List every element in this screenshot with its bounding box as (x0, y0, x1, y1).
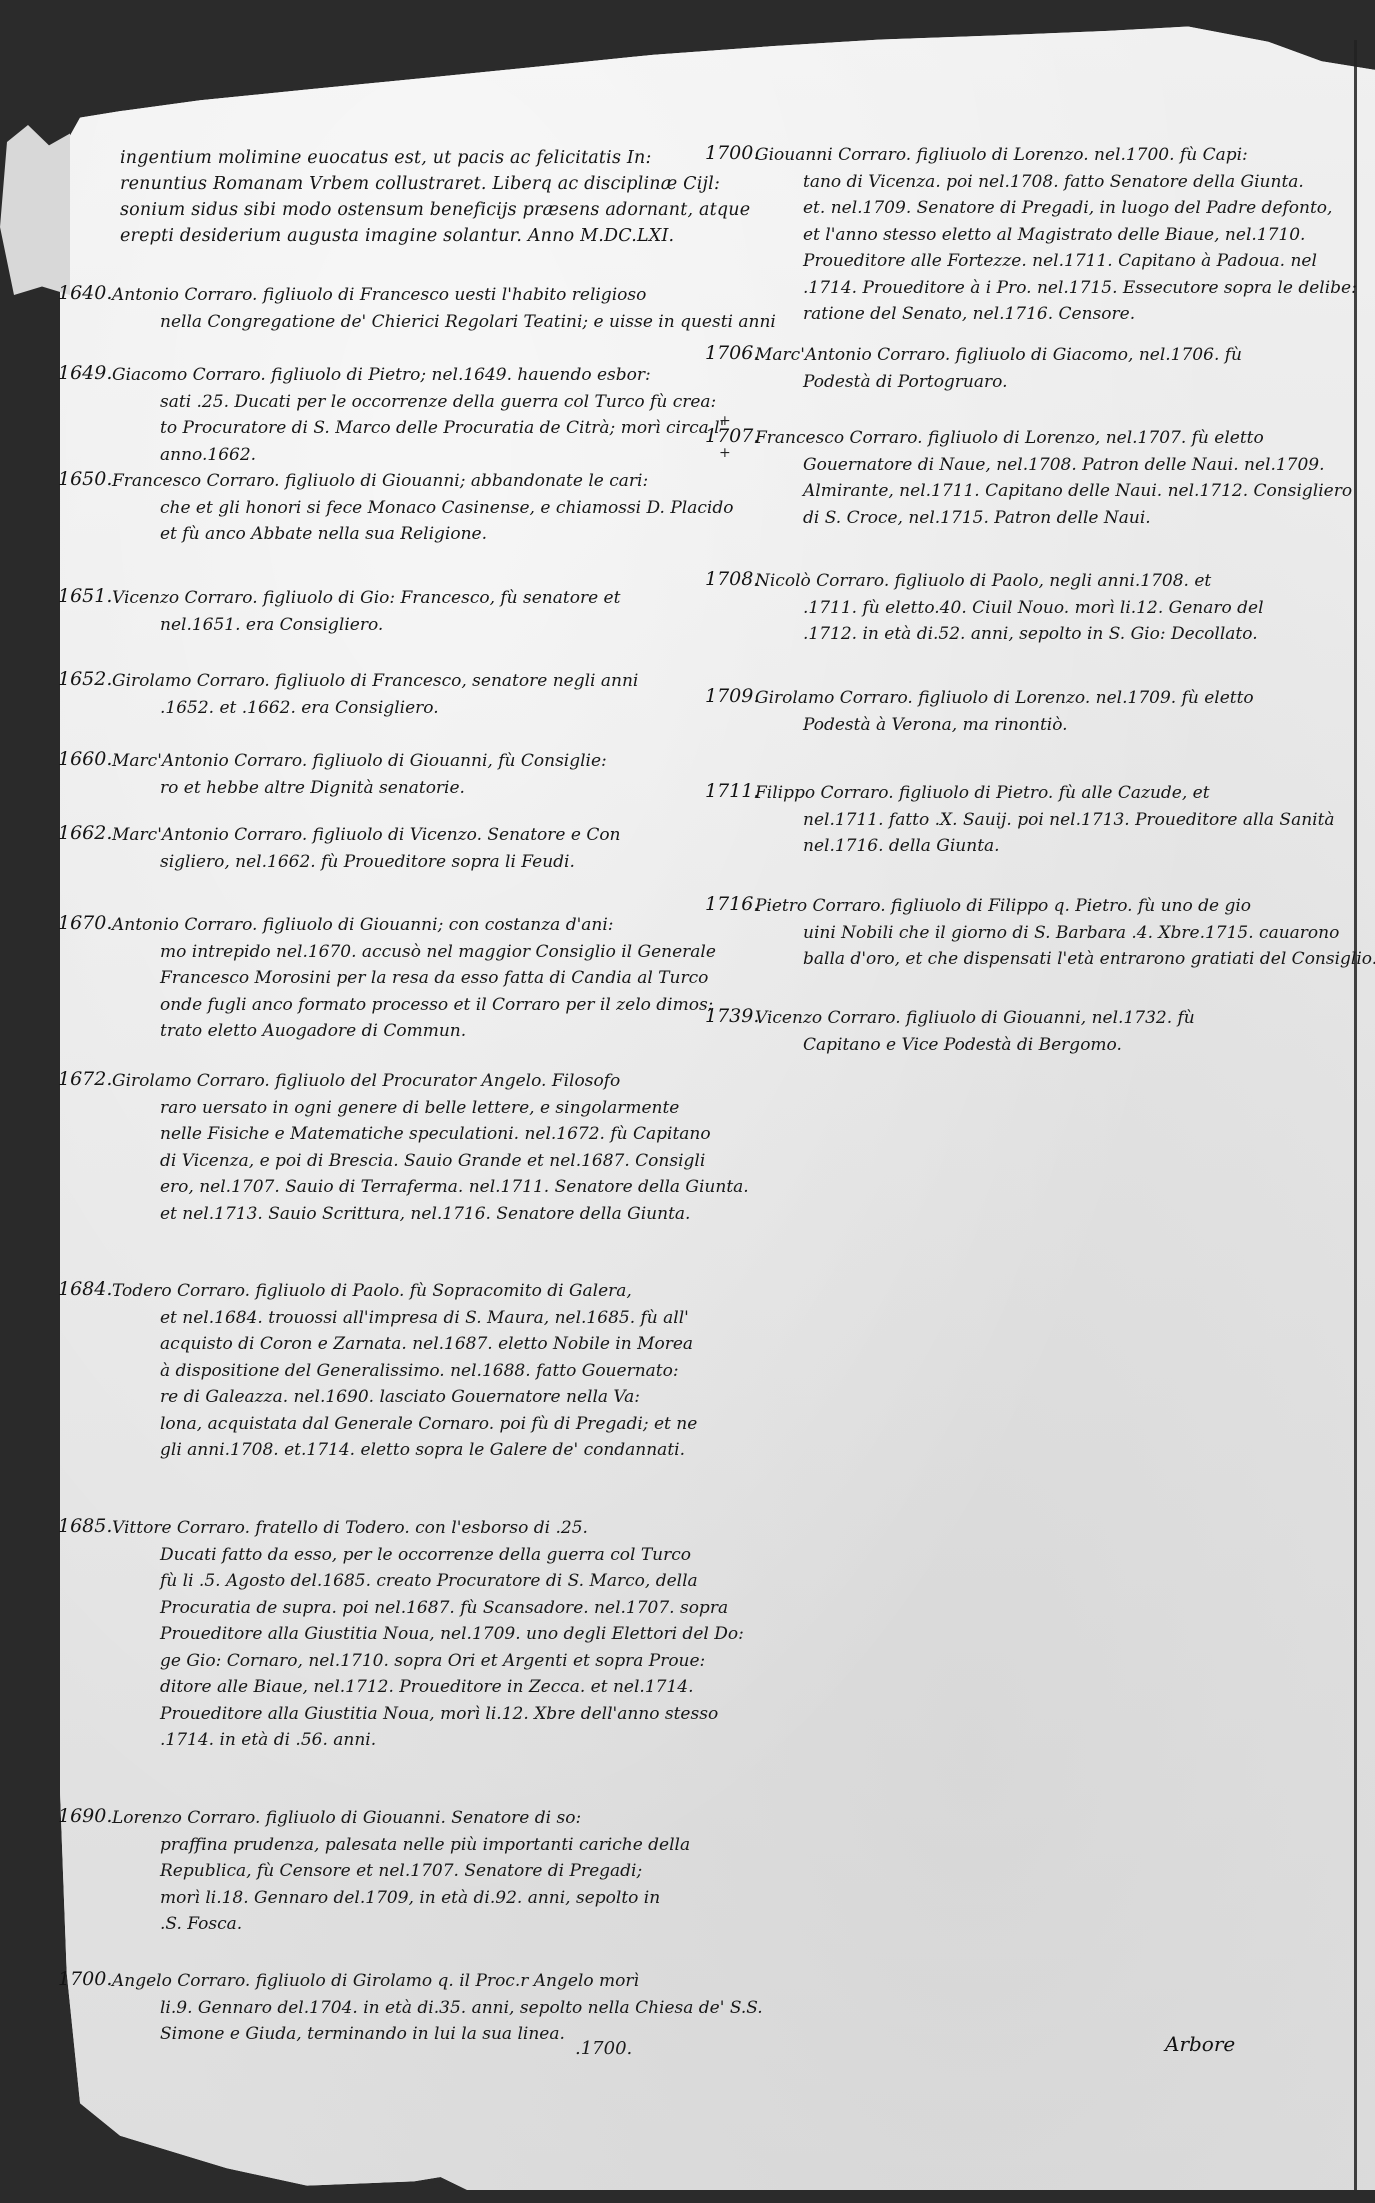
entry-line: nella Congregatione de' Chierici Regolar… (112, 309, 776, 336)
entry-line: Angelo Corraro. figliuolo di Girolamo q.… (112, 1968, 763, 1995)
entry-line: re di Galeazza. nel.1690. lasciato Gouer… (112, 1384, 697, 1411)
entry-year: 1716. (705, 893, 759, 915)
entry-year: 1660. (58, 748, 112, 770)
entry-year: 1640. (58, 282, 112, 304)
entry-text: Angelo Corraro. figliuolo di Girolamo q.… (112, 1968, 763, 2048)
entry-line: di Vicenza, e poi di Brescia. Sauio Gran… (112, 1148, 749, 1175)
entry-line: .1652. et .1662. era Consigliero. (112, 695, 638, 722)
entry-line: Lorenzo Corraro. figliuolo di Giouanni. … (112, 1805, 690, 1832)
entry-text: Nicolò Corraro. figliuolo di Paolo, negl… (755, 568, 1264, 648)
entry-line: mo intrepido nel.1670. accusò nel maggio… (112, 939, 716, 966)
entry-text: Giouanni Corraro. figliuolo di Lorenzo. … (755, 142, 1357, 328)
entry-line: ditore alle Biaue, nel.1712. Proueditore… (112, 1674, 744, 1701)
entry-year: 1662. (58, 822, 112, 844)
entry-line: morì li.18. Gennaro del.1709, in età di.… (112, 1885, 690, 1912)
entry-text: Vittore Corraro. fratello di Todero. con… (112, 1515, 744, 1754)
entry-text: Antonio Corraro. figliuolo di Francesco … (112, 282, 776, 335)
entry-line: Giacomo Corraro. figliuolo di Pietro; ne… (112, 362, 724, 389)
entry-text: Girolamo Corraro. figliuolo del Procurat… (112, 1068, 749, 1227)
entry-line: Proueditore alle Fortezze. nel.1711. Cap… (755, 248, 1357, 275)
entry-line: ratione del Senato, nel.1716. Censore. (755, 301, 1357, 328)
entry-line: Todero Corraro. figliuolo di Paolo. fù S… (112, 1278, 697, 1305)
cross-mark-icon: + (719, 445, 731, 461)
entry-text: Marc'Antonio Corraro. figliuolo di Vicen… (112, 822, 621, 875)
entry-text: Giacomo Corraro. figliuolo di Pietro; ne… (112, 362, 724, 468)
entry-line: to Procuratore di S. Marco delle Procura… (112, 415, 724, 442)
entry-text: Lorenzo Corraro. figliuolo di Giouanni. … (112, 1805, 690, 1938)
entry-line: Francesco Corraro. figliuolo di Giouanni… (112, 468, 733, 495)
entry-line: Francesco Morosini per la resa da esso f… (112, 965, 716, 992)
entry-line: Simone e Giuda, terminando in lui la sua… (112, 2021, 763, 2048)
entry-line: et. nel.1709. Senatore di Pregadi, in lu… (755, 195, 1357, 222)
page-right-edge (1354, 40, 1357, 2190)
entry-line: uini Nobili che il giorno di S. Barbara … (755, 920, 1375, 947)
intro-line: ingentium molimine euocatus est, ut paci… (120, 145, 750, 171)
entry-line: .1711. fù eletto.40. Ciuil Nouo. morì li… (755, 595, 1264, 622)
entry-line: onde fugli anco formato processo et il C… (112, 992, 716, 1019)
entry-text: Girolamo Corraro. figliuolo di Francesco… (112, 668, 638, 721)
intro-line: erepti desiderium augusta imagine solant… (120, 223, 750, 249)
entry-year: 1651. (58, 585, 112, 607)
entry-line: praffina prudenza, palesata nelle più im… (112, 1832, 690, 1859)
entry-line: Vittore Corraro. fratello di Todero. con… (112, 1515, 744, 1542)
intro-line: sonium sidus sibi modo ostensum benefici… (120, 197, 750, 223)
entry-year: 1700. (705, 142, 759, 164)
entry-line: Procuratia de supra. poi nel.1687. fù Sc… (112, 1595, 744, 1622)
entry-text: Antonio Corraro. figliuolo di Giouanni; … (112, 912, 716, 1045)
entry-year: 1685. (58, 1515, 112, 1537)
entry-line: Girolamo Corraro. figliuolo di Francesco… (112, 668, 638, 695)
entry-line: .S. Fosca. (112, 1911, 690, 1938)
entry-line: Vicenzo Corraro. figliuolo di Gio: Franc… (112, 585, 620, 612)
entry-line: nel.1716. della Giunta. (755, 833, 1335, 860)
entry-line: acquisto di Coron e Zarnata. nel.1687. e… (112, 1331, 697, 1358)
entry-line: Marc'Antonio Corraro. figliuolo di Giaco… (755, 342, 1242, 369)
entry-line: di S. Croce, nel.1715. Patron delle Naui… (755, 505, 1352, 532)
entry-line: .1714. in età di .56. anni. (112, 1727, 744, 1754)
entry-line: nel.1651. era Consigliero. (112, 612, 620, 639)
entry-line: li.9. Gennaro del.1704. in età di.35. an… (112, 1995, 763, 2022)
entry-line: raro uersato in ogni genere di belle let… (112, 1095, 749, 1122)
entry-year: 1670. (58, 912, 112, 934)
entry-year: 1711. (705, 780, 759, 802)
entry-line: Ducati fatto da esso, per le occorrenze … (112, 1542, 744, 1569)
entry-year: 1707. (705, 425, 759, 447)
entry-line: nelle Fisiche e Matematiche speculationi… (112, 1121, 749, 1148)
entry-line: fù li .5. Agosto del.1685. creato Procur… (112, 1568, 744, 1595)
entry-line: Proueditore alla Giustitia Noua, morì li… (112, 1701, 744, 1728)
entry-line: nel.1711. fatto .X. Sauij. poi nel.1713.… (755, 807, 1335, 834)
closing-year: .1700. (575, 2038, 632, 2059)
entry-line: Francesco Corraro. figliuolo di Lorenzo,… (755, 425, 1352, 452)
entry-year: 1650. (58, 468, 112, 490)
arbore-label: Arbore (1165, 2032, 1235, 2056)
entry-line: Marc'Antonio Corraro. figliuolo di Vicen… (112, 822, 621, 849)
entry-year: 1649. (58, 362, 112, 384)
entry-year: 1708. (705, 568, 759, 590)
cross-mark-icon: + (719, 413, 731, 429)
entry-line: Nicolò Corraro. figliuolo di Paolo, negl… (755, 568, 1264, 595)
scan-dark-margin (0, 120, 60, 2120)
entry-year: 1709. (705, 685, 759, 707)
entry-year: 1739. (705, 1005, 759, 1027)
entry-year: 1652. (58, 668, 112, 690)
entry-line: et l'anno stesso eletto al Magistrato de… (755, 222, 1357, 249)
entry-text: Vicenzo Corraro. figliuolo di Gio: Franc… (112, 585, 620, 638)
entry-line: Antonio Corraro. figliuolo di Francesco … (112, 282, 776, 309)
entry-line: et fù anco Abbate nella sua Religione. (112, 521, 733, 548)
entry-line: Girolamo Corraro. figliuolo del Procurat… (112, 1068, 749, 1095)
entry-line: ero, nel.1707. Sauio di Terraferma. nel.… (112, 1174, 749, 1201)
entry-line: anno.1662. (112, 442, 724, 469)
entry-text: Vicenzo Corraro. figliuolo di Giouanni, … (755, 1005, 1195, 1058)
entry-year: 1690. (58, 1805, 112, 1827)
entry-line: Marc'Antonio Corraro. figliuolo di Gioua… (112, 748, 607, 775)
entry-year: 1706. (705, 342, 759, 364)
entry-text: Filippo Corraro. figliuolo di Pietro. fù… (755, 780, 1335, 860)
entry-line: Vicenzo Corraro. figliuolo di Giouanni, … (755, 1005, 1195, 1032)
entry-line: et nel.1684. trouossi all'impresa di S. … (112, 1305, 697, 1332)
torn-paper-flap (0, 125, 70, 295)
entry-year: 1672. (58, 1068, 112, 1090)
entry-text: Todero Corraro. figliuolo di Paolo. fù S… (112, 1278, 697, 1464)
entry-line: Podestà à Verona, ma rinontiò. (755, 712, 1254, 739)
entry-text: Marc'Antonio Corraro. figliuolo di Giaco… (755, 342, 1242, 395)
entry-line: sigliero, nel.1662. fù Proueditore sopra… (112, 849, 621, 876)
entry-line: Girolamo Corraro. figliuolo di Lorenzo. … (755, 685, 1254, 712)
entry-line: Almirante, nel.1711. Capitano delle Naui… (755, 478, 1352, 505)
entry-year: 1684. (58, 1278, 112, 1300)
entry-text: Francesco Corraro. figliuolo di Giouanni… (112, 468, 733, 548)
entry-line: lona, acquistata dal Generale Cornaro. p… (112, 1411, 697, 1438)
entry-line: Podestà di Portogruaro. (755, 369, 1242, 396)
entry-line: tano di Vicenza. poi nel.1708. fatto Sen… (755, 169, 1357, 196)
entry-line: .1712. in età di.52. anni, sepolto in S.… (755, 621, 1264, 648)
entry-line: Capitano e Vice Podestà di Bergomo. (755, 1032, 1195, 1059)
entry-line: ro et hebbe altre Dignità senatorie. (112, 775, 607, 802)
entry-line: Pietro Corraro. figliuolo di Filippo q. … (755, 893, 1375, 920)
entry-line: gli anni.1708. et.1714. eletto sopra le … (112, 1437, 697, 1464)
entry-line: à dispositione del Generalissimo. nel.16… (112, 1358, 697, 1385)
entry-line: Filippo Corraro. figliuolo di Pietro. fù… (755, 780, 1335, 807)
entry-line: sati .25. Ducati per le occorrenze della… (112, 389, 724, 416)
entry-line: che et gli honori si fece Monaco Casinen… (112, 495, 733, 522)
entry-line: balla d'oro, et che dispensati l'età ent… (755, 946, 1375, 973)
entry-line: trato eletto Auogadore di Commun. (112, 1018, 716, 1045)
entry-line: Republica, fù Censore et nel.1707. Senat… (112, 1858, 690, 1885)
entry-text: Girolamo Corraro. figliuolo di Lorenzo. … (755, 685, 1254, 738)
entry-text: Pietro Corraro. figliuolo di Filippo q. … (755, 893, 1375, 973)
entry-line: Gouernatore di Naue, nel.1708. Patron de… (755, 452, 1352, 479)
entry-year: 1700. (58, 1968, 112, 1990)
entry-line: Giouanni Corraro. figliuolo di Lorenzo. … (755, 142, 1357, 169)
entry-line: Proueditore alla Giustitia Noua, nel.170… (112, 1621, 744, 1648)
entry-text: Marc'Antonio Corraro. figliuolo di Gioua… (112, 748, 607, 801)
entry-line: Antonio Corraro. figliuolo di Giouanni; … (112, 912, 716, 939)
entry-line: ge Gio: Cornaro, nel.1710. sopra Ori et … (112, 1648, 744, 1675)
intro-paragraph: ingentium molimine euocatus est, ut paci… (120, 145, 750, 249)
entry-text: Francesco Corraro. figliuolo di Lorenzo,… (755, 425, 1352, 531)
intro-line: renuntius Romanam Vrbem collustraret. Li… (120, 171, 750, 197)
entry-line: et nel.1713. Sauio Scrittura, nel.1716. … (112, 1201, 749, 1228)
entry-line: .1714. Proueditore à i Pro. nel.1715. Es… (755, 275, 1357, 302)
